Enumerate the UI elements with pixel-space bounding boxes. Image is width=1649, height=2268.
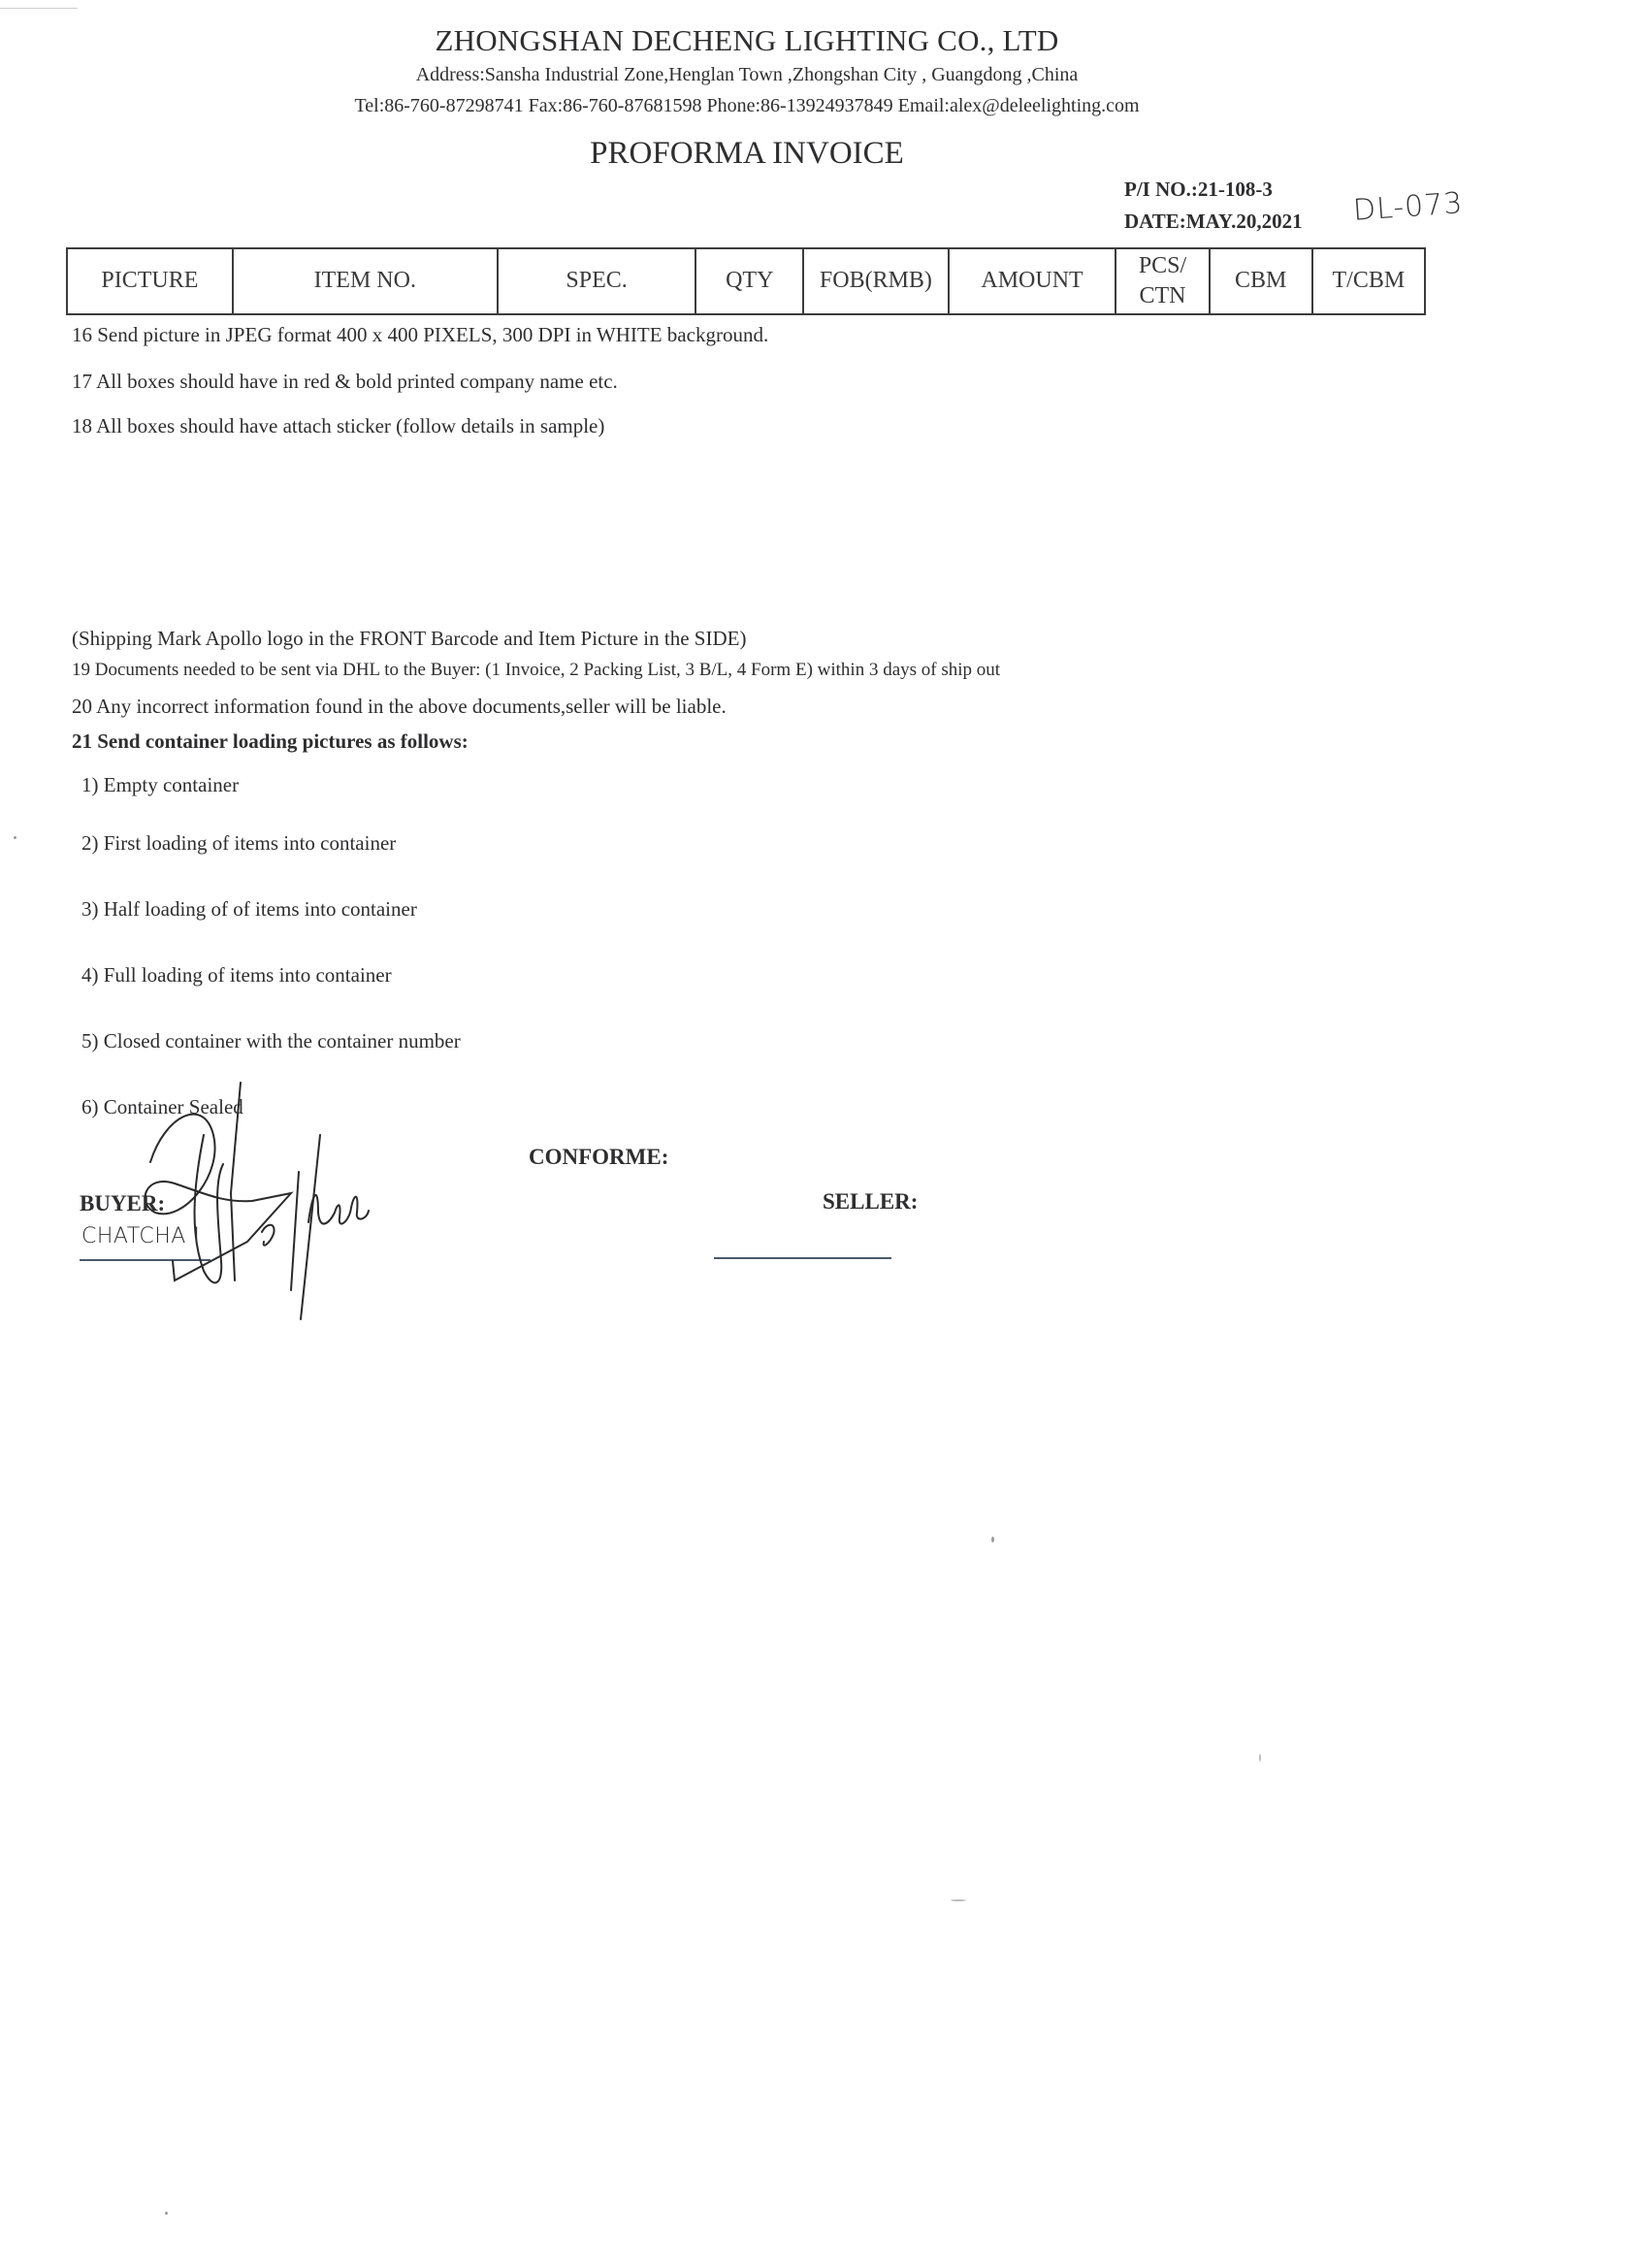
col-picture: PICTURE xyxy=(67,248,233,314)
loading-step-1: 1) Empty container xyxy=(81,773,239,797)
scan-speck xyxy=(991,1537,994,1542)
shipping-mark-note: (Shipping Mark Apollo logo in the FRONT … xyxy=(72,627,746,651)
scan-speck xyxy=(165,2212,168,2215)
invoice-table-header: PICTURE ITEM NO. SPEC. QTY FOB(RMB) AMOU… xyxy=(66,247,1426,315)
col-pcs-ctn-line2: CTN xyxy=(1140,283,1186,308)
conforme-label: CONFORME: xyxy=(529,1145,668,1170)
term-17: 17 All boxes should have in red & bold p… xyxy=(72,370,618,394)
seller-signature-line xyxy=(714,1257,891,1259)
scan-speck xyxy=(1259,1754,1261,1762)
col-amount: AMOUNT xyxy=(949,248,1116,314)
buyer-signature-icon xyxy=(58,1077,427,1339)
company-address: Address:Sansha Industrial Zone,Henglan T… xyxy=(0,64,1494,86)
loading-step-2: 2) First loading of items into container xyxy=(81,831,396,856)
term-19: 19 Documents needed to be sent via DHL t… xyxy=(72,660,1000,681)
col-spec: SPEC. xyxy=(498,248,695,314)
loading-step-3: 3) Half loading of of items into contain… xyxy=(81,897,417,922)
col-item-no: ITEM NO. xyxy=(233,248,498,314)
col-fob: FOB(RMB) xyxy=(803,248,948,314)
term-18: 18 All boxes should have attach sticker … xyxy=(72,414,604,438)
col-pcs-ctn-line1: PCS/ xyxy=(1139,253,1186,278)
document-title: PROFORMA INVOICE xyxy=(0,136,1494,172)
scan-speck xyxy=(14,836,16,839)
seller-label: SELLER: xyxy=(823,1189,918,1215)
col-pcs-ctn: PCS/ CTN xyxy=(1115,248,1209,314)
col-cbm: CBM xyxy=(1210,248,1312,314)
term-16: 16 Send picture in JPEG format 400 x 400… xyxy=(72,323,768,347)
handwritten-reference: DL-073 xyxy=(1352,186,1465,228)
term-21: 21 Send container loading pictures as fo… xyxy=(72,729,469,754)
company-contact: Tel:86-760-87298741 Fax:86-760-87681598 … xyxy=(0,95,1494,117)
col-qty: QTY xyxy=(695,248,803,314)
col-t-cbm: T/CBM xyxy=(1312,248,1425,314)
scan-speck xyxy=(951,1899,966,1901)
pi-number: P/I NO.:21-108-3 xyxy=(1124,178,1273,202)
loading-step-5: 5) Closed container with the container n… xyxy=(81,1029,461,1053)
invoice-date: DATE:MAY.20,2021 xyxy=(1124,210,1303,234)
company-name: ZHONGSHAN DECHENG LIGHTING CO., LTD xyxy=(0,23,1494,58)
loading-step-4: 4) Full loading of items into container xyxy=(81,963,392,988)
term-20: 20 Any incorrect information found in th… xyxy=(72,695,727,719)
scan-edge-line xyxy=(0,8,78,9)
